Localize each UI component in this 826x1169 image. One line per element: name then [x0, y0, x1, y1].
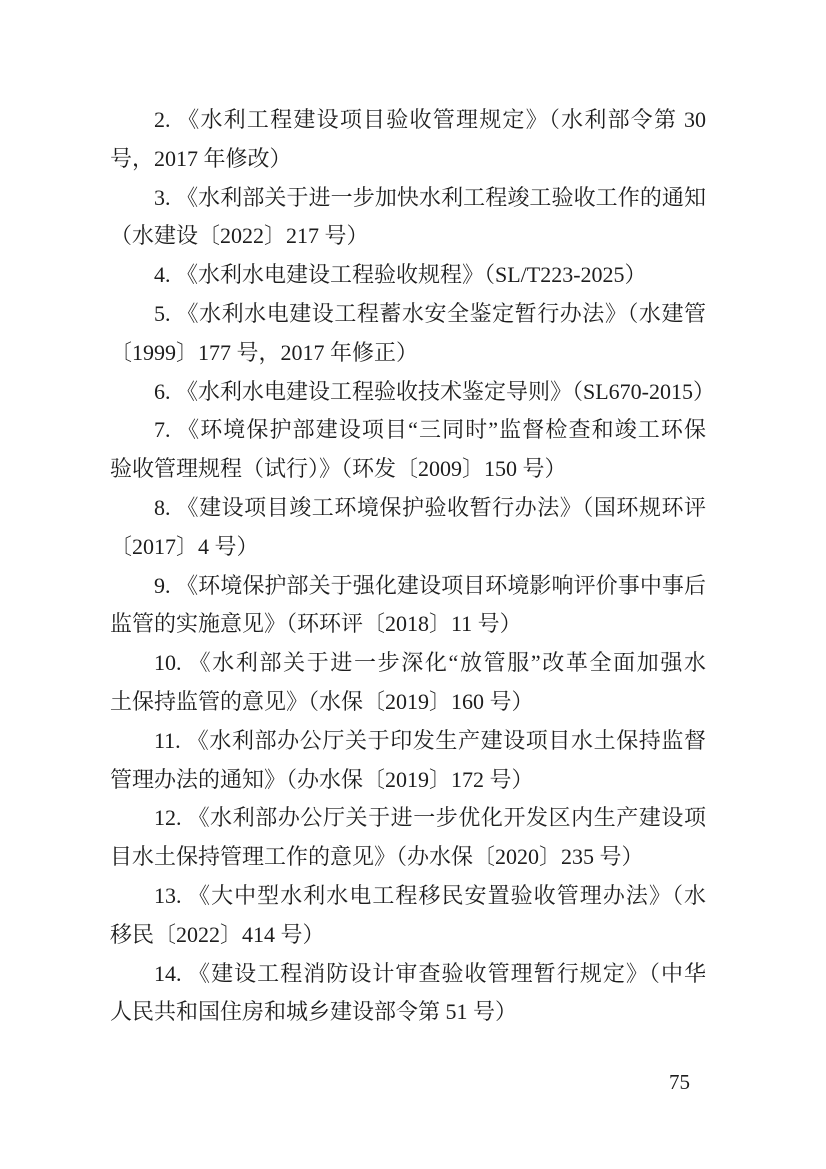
document-line: 9. 《环境保护部关于强化建设项目环境影响评价事中事后: [110, 567, 706, 606]
document-line: 6. 《水利水电建设工程验收技术鉴定导则》（SL670-2015）: [110, 373, 706, 412]
list-item: 10. 《水利部关于进一步深化“放管服”改革全面加强水 土保持监管的意见》（水保…: [110, 644, 706, 722]
document-line: 8. 《建设项目竣工环境保护验收暂行办法》（国环规环评: [110, 489, 706, 528]
document-line: 5. 《水利水电建设工程蓄水安全鉴定暂行办法》（水建管: [110, 295, 706, 334]
document-line: 11. 《水利部办公厅关于印发生产建设项目水土保持监督: [110, 722, 706, 761]
list-item: 4. 《水利水电建设工程验收规程》（SL/T223-2025）: [110, 256, 706, 295]
list-item: 9. 《环境保护部关于强化建设项目环境影响评价事中事后 监管的实施意见》（环环评…: [110, 567, 706, 645]
page-number: 75: [669, 1069, 690, 1095]
document-line: 管理办法的通知》（办水保〔2019〕172 号）: [110, 761, 706, 800]
document-line: 7. 《环境保护部建设项目“三同时”监督检查和竣工环保: [110, 411, 706, 450]
list-item: 11. 《水利部办公厅关于印发生产建设项目水土保持监督 管理办法的通知》（办水保…: [110, 722, 706, 800]
document-line: 〔1999〕177 号，2017 年修正）: [110, 334, 706, 373]
list-item: 8. 《建设项目竣工环境保护验收暂行办法》（国环规环评 〔2017〕4 号）: [110, 489, 706, 567]
list-item: 12. 《水利部办公厅关于进一步优化开发区内生产建设项 目水土保持管理工作的意见…: [110, 799, 706, 877]
list-item: 14. 《建设工程消防设计审查验收管理暂行规定》（中华 人民共和国住房和城乡建设…: [110, 955, 706, 1033]
list-item: 2. 《水利工程建设项目验收管理规定》（水利部令第 30 号，2017 年修改）: [110, 101, 706, 179]
document-line: 目水土保持管理工作的意见》（办水保〔2020〕235 号）: [110, 838, 706, 877]
document-line: 验收管理规程（试行）》（环发〔2009〕150 号）: [110, 450, 706, 489]
document-line: 3. 《水利部关于进一步加快水利工程竣工验收工作的通知: [110, 179, 706, 218]
document-line: 13. 《大中型水利水电工程移民安置验收管理办法》（水: [110, 877, 706, 916]
list-item: 5. 《水利水电建设工程蓄水安全鉴定暂行办法》（水建管 〔1999〕177 号，…: [110, 295, 706, 373]
regulation-list: 2. 《水利工程建设项目验收管理规定》（水利部令第 30 号，2017 年修改）…: [110, 101, 706, 1032]
document-line: 〔2017〕4 号）: [110, 528, 706, 567]
document-line: 监管的实施意见》（环环评〔2018〕11 号）: [110, 605, 706, 644]
document-page: 2. 《水利工程建设项目验收管理规定》（水利部令第 30 号，2017 年修改）…: [0, 0, 826, 1169]
document-line: 2. 《水利工程建设项目验收管理规定》（水利部令第 30: [110, 101, 706, 140]
list-item: 6. 《水利水电建设工程验收技术鉴定导则》（SL670-2015）: [110, 373, 706, 412]
document-line: 4. 《水利水电建设工程验收规程》（SL/T223-2025）: [110, 256, 706, 295]
document-line: （水建设〔2022〕217 号）: [110, 217, 706, 256]
document-line: 10. 《水利部关于进一步深化“放管服”改革全面加强水: [110, 644, 706, 683]
document-line: 号，2017 年修改）: [110, 140, 706, 179]
document-line: 12. 《水利部办公厅关于进一步优化开发区内生产建设项: [110, 799, 706, 838]
list-item: 13. 《大中型水利水电工程移民安置验收管理办法》（水 移民〔2022〕414 …: [110, 877, 706, 955]
document-line: 14. 《建设工程消防设计审查验收管理暂行规定》（中华: [110, 955, 706, 994]
list-item: 3. 《水利部关于进一步加快水利工程竣工验收工作的通知 （水建设〔2022〕21…: [110, 179, 706, 257]
document-line: 移民〔2022〕414 号）: [110, 916, 706, 955]
document-line: 人民共和国住房和城乡建设部令第 51 号）: [110, 993, 706, 1032]
document-line: 土保持监管的意见》（水保〔2019〕160 号）: [110, 683, 706, 722]
list-item: 7. 《环境保护部建设项目“三同时”监督检查和竣工环保 验收管理规程（试行）》（…: [110, 411, 706, 489]
